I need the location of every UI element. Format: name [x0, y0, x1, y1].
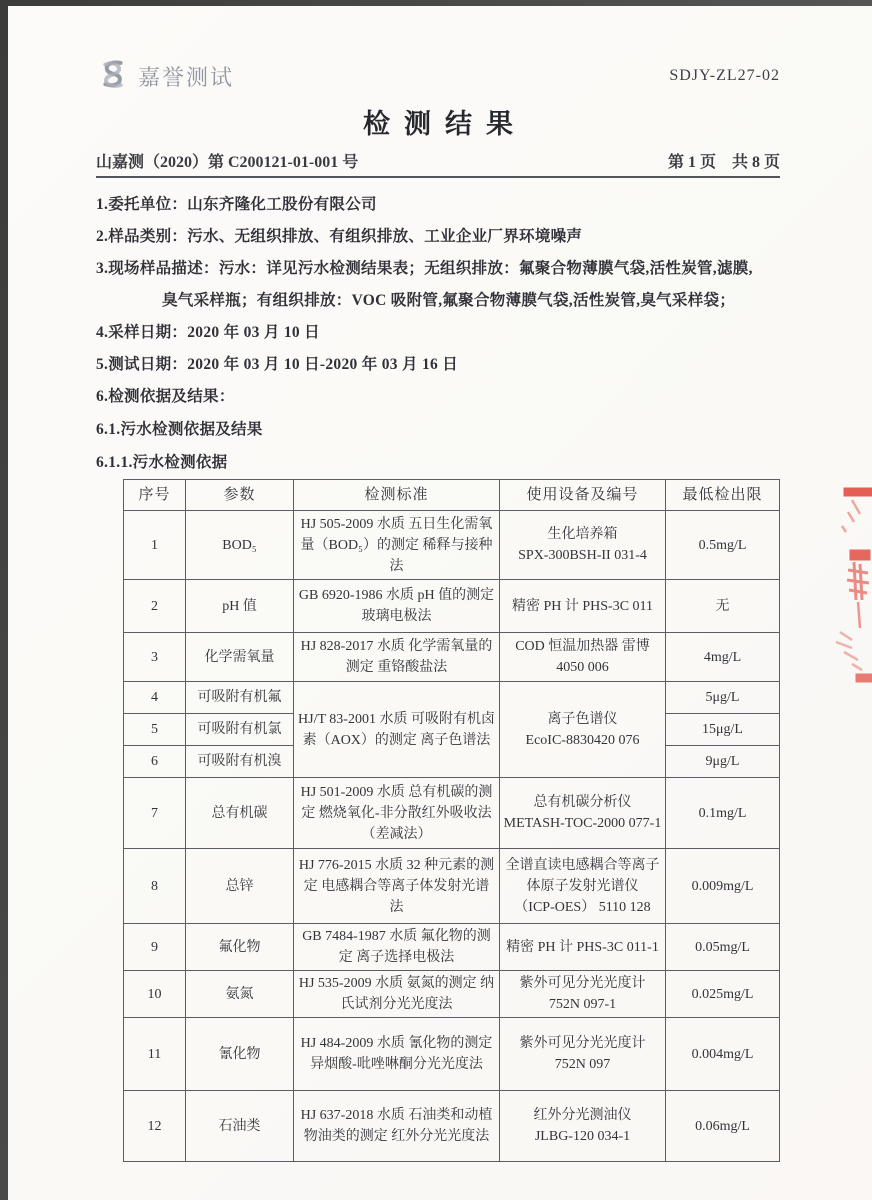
- cell-standard: GB 7484-1987 水质 氟化物的测定 离子选择电极法: [294, 924, 500, 971]
- cell-limit: 0.05mg/L: [666, 924, 780, 971]
- cell-seq: 11: [124, 1018, 186, 1091]
- col-header-standard: 检测标准: [294, 480, 500, 511]
- cell-param: 氰化物: [186, 1018, 294, 1091]
- cell-limit: 0.1mg/L: [666, 778, 780, 849]
- cell-param: 可吸附有机氟: [186, 682, 294, 714]
- cell-seq: 5: [124, 714, 186, 746]
- cell-device: COD 恒温加热器 雷博 4050 006: [500, 633, 666, 682]
- cell-device: 生化培养箱 SPX-300BSH-II 031-4: [500, 511, 666, 580]
- cell-device: 紫外可见分光光度计 752N 097-1: [500, 971, 666, 1018]
- table-row: 4 可吸附有机氟 HJ/T 83-2001 水质 可吸附有机卤素（AOX）的测定…: [124, 682, 780, 714]
- cell-limit: 0.004mg/L: [666, 1018, 780, 1091]
- table-row: 2 pH 值 GB 6920-1986 水质 pH 值的测定 玻璃电极法 精密 …: [124, 580, 780, 633]
- cell-device-merged: 离子色谱仪 EcoIC-8830420 076: [500, 682, 666, 778]
- col-header-limit: 最低检出限: [666, 480, 780, 511]
- cell-limit: 5μg/L: [666, 682, 780, 714]
- scan-edge-left: [0, 0, 8, 1200]
- cell-param: 可吸附有机氯: [186, 714, 294, 746]
- cell-param: 可吸附有机溴: [186, 746, 294, 778]
- table-row: 12 石油类 HJ 637-2018 水质 石油类和动植物油类的测定 红外分光光…: [124, 1091, 780, 1162]
- report-header: 嘉誉测试 SDJY-ZL27-02: [96, 54, 780, 98]
- cell-limit: 0.009mg/L: [666, 849, 780, 924]
- page-title: 检测结果: [96, 102, 780, 141]
- cell-device: 精密 PH 计 PHS-3C 011: [500, 580, 666, 633]
- section-6-1: 6.1.污水检测依据及结果: [96, 419, 780, 440]
- cell-device: 精密 PH 计 PHS-3C 011-1: [500, 924, 666, 971]
- cell-limit: 无: [666, 580, 780, 633]
- cell-seq: 3: [124, 633, 186, 682]
- table-row: 10 氨氮 HJ 535-2009 水质 氨氮的测定 纳氏试剂分光光度法 紫外可…: [124, 971, 780, 1018]
- scanned-report-page: 嘉誉测试 SDJY-ZL27-02 检测结果 山嘉测（2020）第 C20012…: [0, 0, 872, 1200]
- cell-param: pH 值: [186, 580, 294, 633]
- cell-standard: HJ 828-2017 水质 化学需氧量的测定 重铬酸盐法: [294, 633, 500, 682]
- cell-limit: 0.025mg/L: [666, 971, 780, 1018]
- cell-seq: 10: [124, 971, 186, 1018]
- cell-seq: 2: [124, 580, 186, 633]
- section-6-1-1: 6.1.1.污水检测依据: [96, 452, 780, 473]
- scan-edge-top: [0, 0, 872, 6]
- cell-device: 紫外可见分光光度计 752N 097: [500, 1018, 666, 1091]
- cell-seq: 12: [124, 1091, 186, 1162]
- report-number-row: 山嘉测（2020）第 C200121-01-001 号 第 1 页 共 8 页: [96, 149, 780, 178]
- cell-limit: 15μg/L: [666, 714, 780, 746]
- cell-standard: HJ 637-2018 水质 石油类和动植物油类的测定 红外分光光度法: [294, 1091, 500, 1162]
- cell-param: 化学需氧量: [186, 633, 294, 682]
- cell-param: 氟化物: [186, 924, 294, 971]
- wastewater-test-basis-table: 序号 参数 检测标准 使用设备及编号 最低检出限 1 BOD₅ HJ 505-2…: [123, 479, 780, 1162]
- cell-device: 全谱直读电感耦合等离子 体原子发射光谱仪 （ICP-OES） 5110 128: [500, 849, 666, 924]
- cell-limit: 9μg/L: [666, 746, 780, 778]
- cell-limit: 0.06mg/L: [666, 1091, 780, 1162]
- item-sampling-date: 4.采样日期：2020 年 03 月 10 日: [96, 322, 780, 343]
- cell-param: 石油类: [186, 1091, 294, 1162]
- table-row: 11 氰化物 HJ 484-2009 水质 氰化物的测定 异烟酸-吡唑啉酮分光光…: [124, 1018, 780, 1091]
- cell-seq: 6: [124, 746, 186, 778]
- col-header-param: 参数: [186, 480, 294, 511]
- item-sample-category: 2.样品类别：污水、无组织排放、有组织排放、工业企业厂界环境噪声: [96, 226, 780, 247]
- table-header-row: 序号 参数 检测标准 使用设备及编号 最低检出限: [124, 480, 780, 511]
- document-code: SDJY-ZL27-02: [669, 67, 780, 85]
- cell-param: 总锌: [186, 849, 294, 924]
- col-header-device: 使用设备及编号: [500, 480, 666, 511]
- cell-limit: 0.5mg/L: [666, 511, 780, 580]
- red-stamp-fragment: [814, 482, 872, 697]
- page-number: 第 1 页 共 8 页: [668, 149, 780, 172]
- cell-seq: 7: [124, 778, 186, 849]
- cell-standard: HJ 535-2009 水质 氨氮的测定 纳氏试剂分光光度法: [294, 971, 500, 1018]
- cell-seq: 9: [124, 924, 186, 971]
- cell-param: 氨氮: [186, 971, 294, 1018]
- cell-seq: 4: [124, 682, 186, 714]
- cell-param: BOD₅: [186, 511, 294, 580]
- cell-standard: GB 6920-1986 水质 pH 值的测定 玻璃电极法: [294, 580, 500, 633]
- company-logo: 嘉誉测试: [96, 57, 234, 96]
- item-client: 1.委托单位：山东齐隆化工股份有限公司: [96, 194, 780, 215]
- col-header-seq: 序号: [124, 480, 186, 511]
- jiayu-logo-icon: [96, 57, 130, 96]
- item-sample-description-cont: 臭气采样瓶；有组织排放：VOC 吸附管,氟聚合物薄膜气袋,活性炭管,臭气采样袋；: [96, 290, 780, 311]
- cell-standard: HJ 505-2009 水质 五日生化需氧量（BOD₅）的测定 稀释与接种法: [294, 511, 500, 580]
- cell-seq: 8: [124, 849, 186, 924]
- cell-standard: HJ 484-2009 水质 氰化物的测定 异烟酸-吡唑啉酮分光光度法: [294, 1018, 500, 1091]
- cell-seq: 1: [124, 511, 186, 580]
- company-logo-text: 嘉誉测试: [138, 61, 234, 92]
- table-row: 1 BOD₅ HJ 505-2009 水质 五日生化需氧量（BOD₅）的测定 稀…: [124, 511, 780, 580]
- cell-limit: 4mg/L: [666, 633, 780, 682]
- cell-param: 总有机碳: [186, 778, 294, 849]
- cell-standard: HJ 501-2009 水质 总有机碳的测定 燃烧氧化-非分散红外吸收法（差减法…: [294, 778, 500, 849]
- cell-device: 总有机碳分析仪 METASH-TOC-2000 077-1: [500, 778, 666, 849]
- table-row: 7 总有机碳 HJ 501-2009 水质 总有机碳的测定 燃烧氧化-非分散红外…: [124, 778, 780, 849]
- item-sample-description: 3.现场样品描述：污水：详见污水检测结果表；无组织排放：氟聚合物薄膜气袋,活性炭…: [96, 258, 780, 279]
- item-test-date: 5.测试日期：2020 年 03 月 10 日-2020 年 03 月 16 日: [96, 354, 780, 375]
- table-row: 9 氟化物 GB 7484-1987 水质 氟化物的测定 离子选择电极法 精密 …: [124, 924, 780, 971]
- section-6: 6.检测依据及结果：: [96, 386, 780, 407]
- table-row: 8 总锌 HJ 776-2015 水质 32 种元素的测定 电感耦合等离子体发射…: [124, 849, 780, 924]
- report-info-list: 1.委托单位：山东齐隆化工股份有限公司 2.样品类别：污水、无组织排放、有组织排…: [96, 194, 780, 473]
- cell-device: 红外分光测油仪 JLBG-120 034-1: [500, 1091, 666, 1162]
- table-row: 3 化学需氧量 HJ 828-2017 水质 化学需氧量的测定 重铬酸盐法 CO…: [124, 633, 780, 682]
- cell-standard: HJ 776-2015 水质 32 种元素的测定 电感耦合等离子体发射光谱法: [294, 849, 500, 924]
- cell-standard-merged: HJ/T 83-2001 水质 可吸附有机卤素（AOX）的测定 离子色谱法: [294, 682, 500, 778]
- report-number: 山嘉测（2020）第 C200121-01-001 号: [96, 149, 358, 172]
